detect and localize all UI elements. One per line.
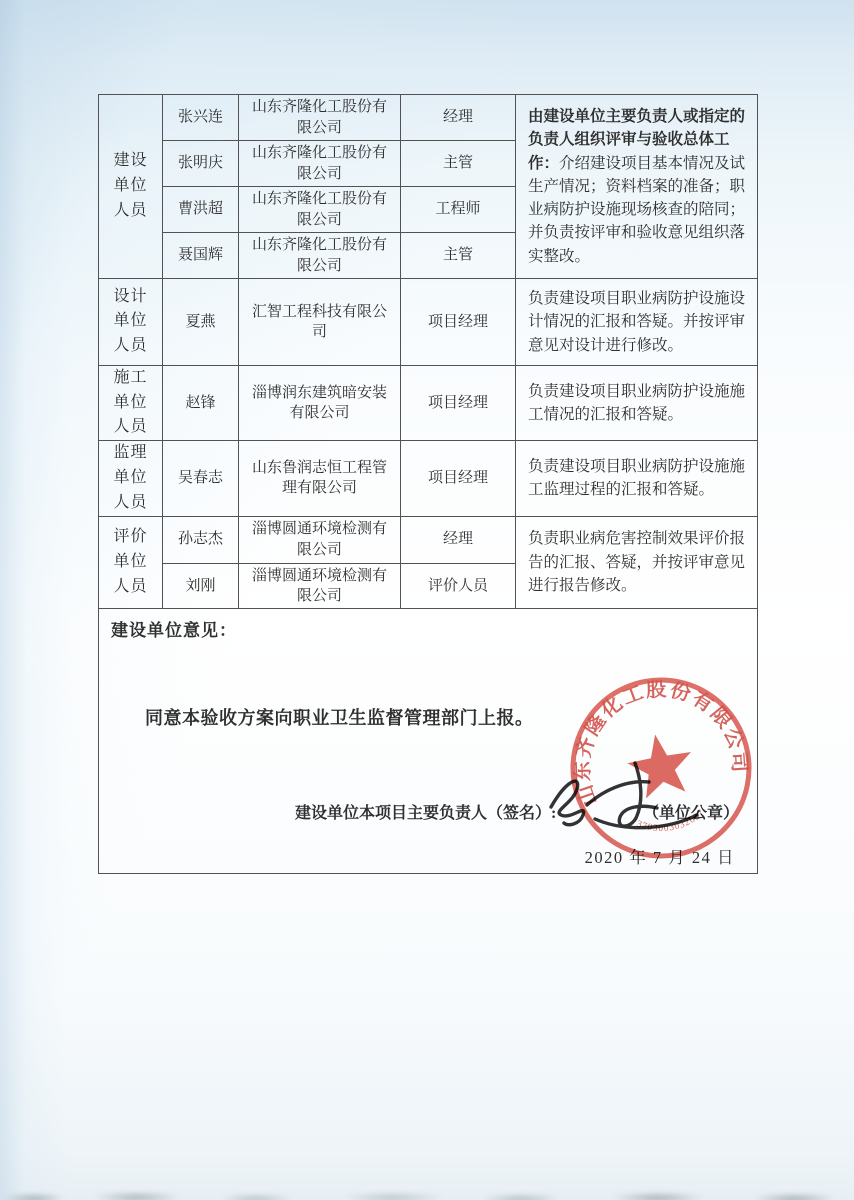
person-title: 主管 (401, 141, 516, 187)
person-title: 项目经理 (401, 441, 516, 516)
duty-cell-supervision: 负责建设项目职业病防护设施施工监理过程的汇报和答疑。 (516, 441, 758, 516)
opinion-section: 建设单位意见： 同意本验收方案向职业卫生监督管理部门上报。 建设单位本项目主要负… (99, 609, 758, 874)
person-name: 孙志杰 (163, 516, 239, 563)
duty-cell-evaluation: 负责职业病危害控制效果评价报告的汇报、答疑，并按评审意见进行报告修改。 (516, 516, 758, 609)
person-company: 淄博圆通环境检测有限公司 (239, 563, 401, 609)
person-company: 山东鲁润志恒工程管理有限公司 (239, 441, 401, 516)
person-title: 评价人员 (401, 563, 516, 609)
person-company: 山东齐隆化工股份有限公司 (239, 233, 401, 279)
person-title: 项目经理 (401, 279, 516, 366)
person-company: 山东齐隆化工股份有限公司 (239, 141, 401, 187)
duty-cell-design: 负责建设项目职业病防护设施设计情况的汇报和答疑。并按评审意见对设计进行修改。 (516, 279, 758, 366)
person-company: 汇智工程科技有限公司 (239, 279, 401, 366)
opinion-label: 建设单位意见： (111, 620, 237, 643)
group-label-construction-unit: 建设单位人员 (99, 95, 163, 279)
group-label-supervision-unit: 监理单位人员 (99, 441, 163, 516)
signature-label: 建设单位本项目主要负责人（签名）: (295, 803, 556, 825)
table-row: 施工单位人员 赵锋 淄博润东建筑暗安装有限公司 项目经理 负责建设项目职业病防护… (99, 365, 758, 440)
group-label-evaluation-unit: 评价单位人员 (99, 516, 163, 609)
person-company: 山东齐隆化工股份有限公司 (239, 95, 401, 141)
person-company: 山东齐隆化工股份有限公司 (239, 187, 401, 233)
person-name: 赵锋 (163, 365, 239, 440)
opinion-statement: 同意本验收方案向职业卫生监督管理部门上报。 (145, 706, 534, 730)
duty-cell-contractor: 负责建设项目职业病防护设施施工情况的汇报和答疑。 (516, 365, 758, 440)
table-row: 设计单位人员 夏燕 汇智工程科技有限公司 项目经理 负责建设项目职业病防护设施设… (99, 279, 758, 366)
person-name: 吴春志 (163, 441, 239, 516)
person-name: 夏燕 (163, 279, 239, 366)
person-name: 刘刚 (163, 563, 239, 609)
group-label-contractor-unit: 施工单位人员 (99, 365, 163, 440)
duty-cell-construction: 由建设单位主要负责人或指定的负责人组织评审与验收总体工作：介绍建设项目基本情况及… (516, 95, 758, 279)
person-name: 曹洪超 (163, 187, 239, 233)
table-row: 监理单位人员 吴春志 山东鲁润志恒工程管理有限公司 项目经理 负责建设项目职业病… (99, 441, 758, 516)
person-name: 张兴连 (163, 95, 239, 141)
person-company: 淄博圆通环境检测有限公司 (239, 516, 401, 563)
table-row: 建设单位人员 张兴连 山东齐隆化工股份有限公司 经理 由建设单位主要负责人或指定… (99, 95, 758, 141)
person-name: 聂国辉 (163, 233, 239, 279)
table-row: 评价单位人员 孙志杰 淄博圆通环境检测有限公司 经理 负责职业病危害控制效果评价… (99, 516, 758, 563)
person-title: 经理 (401, 516, 516, 563)
person-title: 工程师 (401, 187, 516, 233)
personnel-table: 建设单位人员 张兴连 山东齐隆化工股份有限公司 经理 由建设单位主要负责人或指定… (98, 94, 758, 874)
scan-bleedthrough-artifact (0, 1185, 854, 1200)
person-title: 项目经理 (401, 365, 516, 440)
person-name: 张明庆 (163, 141, 239, 187)
person-title: 经理 (401, 95, 516, 141)
handwritten-signature (537, 745, 707, 840)
person-title: 主管 (401, 233, 516, 279)
person-company: 淄博润东建筑暗安装有限公司 (239, 365, 401, 440)
group-label-design-unit: 设计单位人员 (99, 279, 163, 366)
duty-text: 介绍建设项目基本情况及试生产情况；资料档案的准备；职业病防护设施现场核查的陪同；… (528, 155, 745, 265)
scanned-document-page: 建设单位人员 张兴连 山东齐隆化工股份有限公司 经理 由建设单位主要负责人或指定… (0, 0, 854, 1200)
table-row: 建设单位意见： 同意本验收方案向职业卫生监督管理部门上报。 建设单位本项目主要负… (99, 609, 758, 874)
